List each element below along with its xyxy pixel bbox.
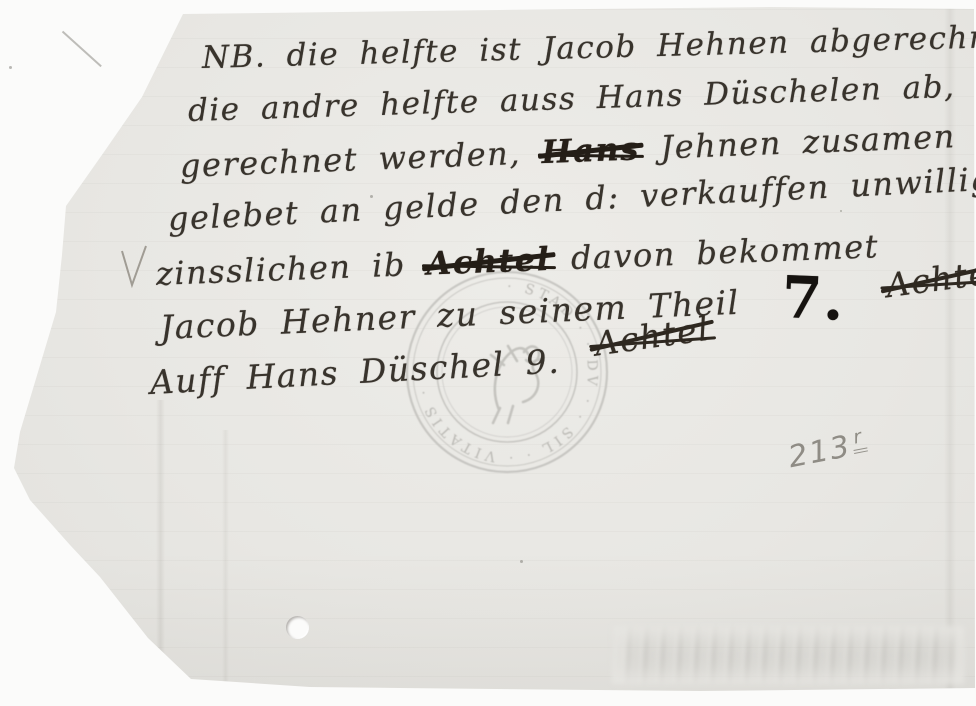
crossed-out-word: Achtel [426,240,551,283]
bold-numeral-seven: 7. [782,297,846,300]
scan-background: · STAD · · DV · · SIL · · VITATIS · NB. … [0,0,976,706]
paper-crease [222,430,229,685]
dust-speck [520,560,523,563]
dust-speck [9,66,12,69]
punch-hole [286,616,309,639]
scanner-hair-artifact [62,31,102,67]
crossed-out-word: Hans [541,129,641,171]
pencil-checkmark-icon [118,243,150,289]
bleedthrough-smudge [612,626,964,684]
dust-speck [840,210,842,212]
paper-crease [156,400,165,680]
